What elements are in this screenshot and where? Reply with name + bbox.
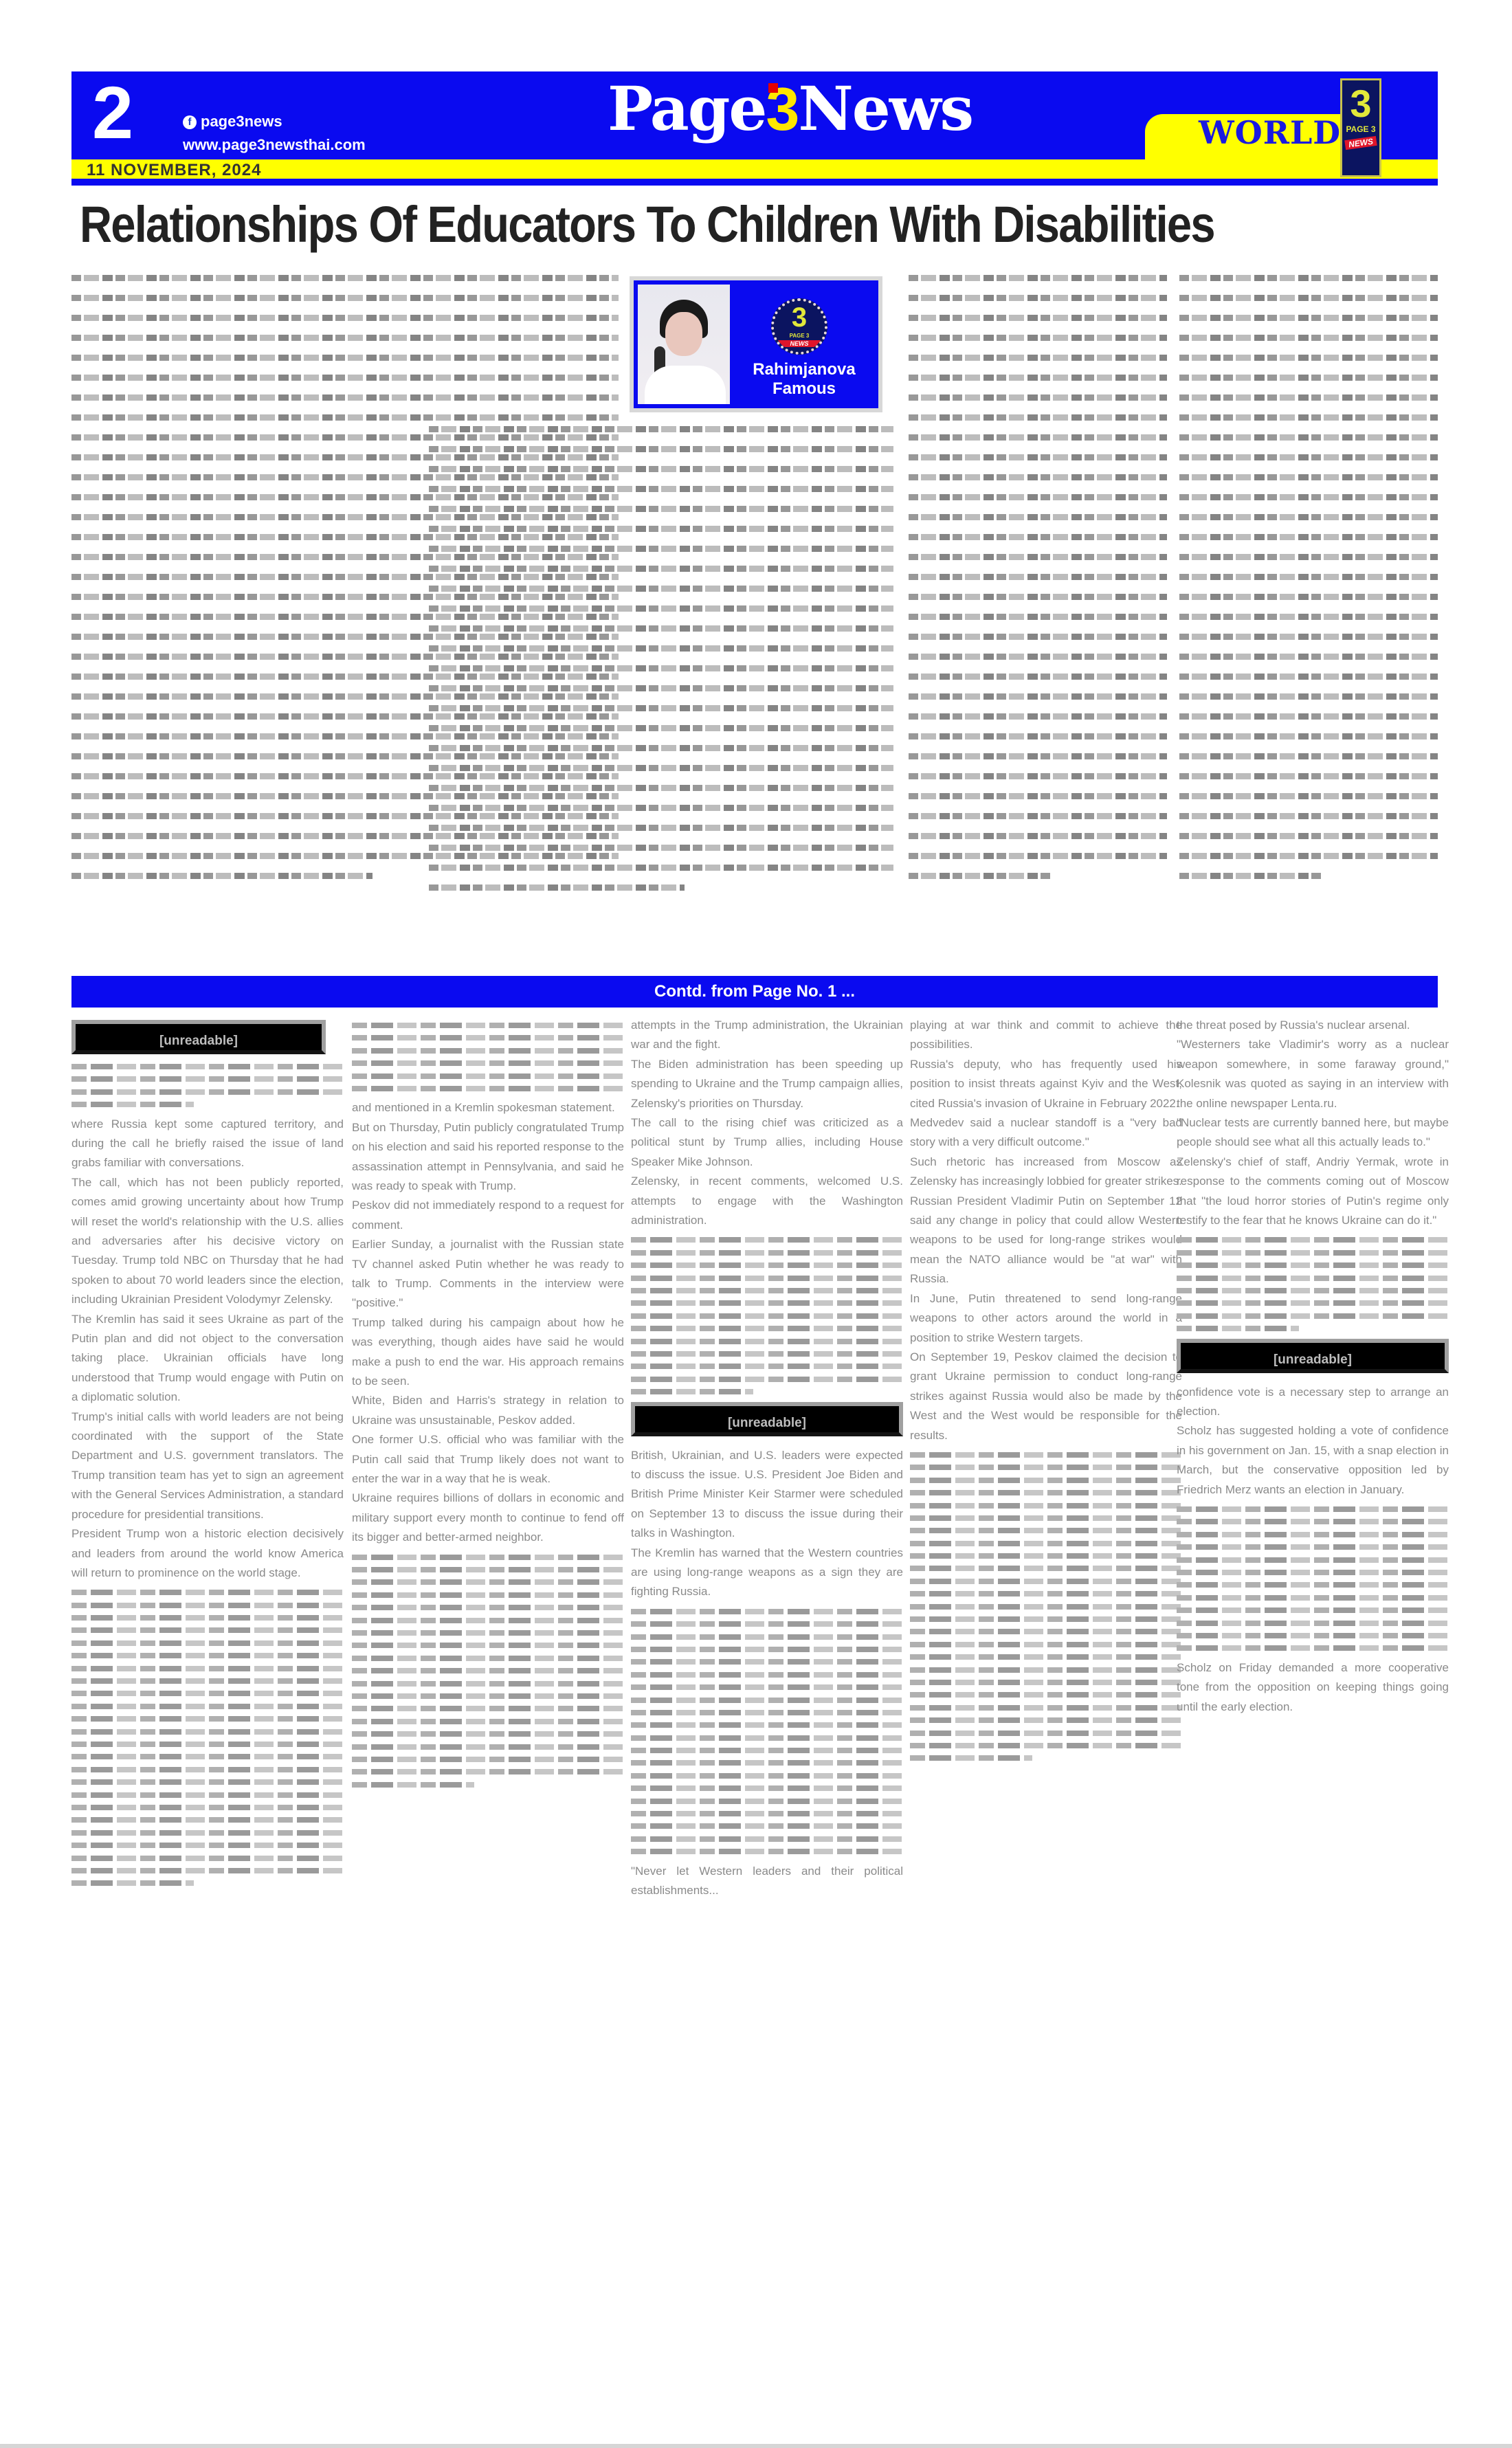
paragraph: The call, which has not been publicly re…: [71, 1173, 344, 1310]
paragraph: Trump talked during his campaign about h…: [352, 1313, 624, 1392]
author-photo: [638, 285, 730, 404]
logo-number: 3: [766, 75, 798, 143]
author-byline-box: 3 PAGE 3 NEWS Rahimjanova Famous: [630, 276, 882, 412]
continued-column-3: attempts in the Trump administration, th…: [631, 1016, 903, 1900]
paragraph: and mentioned in a Kremlin spokesman sta…: [352, 1098, 624, 1117]
facebook-icon: f: [183, 115, 197, 129]
article-column-center: [429, 426, 893, 904]
continued-column-1: [unreadable] where Russia kept some capt…: [71, 1016, 344, 1893]
continued-column-2: and mentioned in a Kremlin spokesman sta…: [352, 1016, 624, 1794]
paragraph: "Never let Western leaders and their pol…: [631, 1862, 903, 1901]
page3-seal-icon: 3 PAGE 3 NEWS: [771, 298, 827, 355]
paragraph: In June, Putin threatened to send long-r…: [910, 1289, 1182, 1348]
article-column-4: [1179, 275, 1438, 893]
paragraph: But on Thursday, Putin publicly congratu…: [352, 1118, 624, 1197]
paragraph: Scholz on Friday demanded a more coopera…: [1177, 1658, 1449, 1717]
paragraph: British, Ukrainian, and U.S. leaders wer…: [631, 1446, 903, 1544]
paragraph: President Trump won a historic election …: [71, 1524, 344, 1583]
masthead-bottom-rule: [71, 179, 1438, 186]
continued-column-4: playing at war think and commit to achie…: [910, 1016, 1182, 1768]
paragraph: The call to the rising chief was critici…: [631, 1113, 903, 1172]
subheading-box: [unreadable]: [71, 1020, 326, 1054]
paragraph: Such rhetoric has increased from Moscow …: [910, 1153, 1182, 1192]
section-label: WORLD: [1199, 114, 1341, 151]
continued-column-5: the threat posed by Russia's nuclear ars…: [1177, 1016, 1449, 1717]
newspaper-logo: Page3News: [608, 78, 972, 140]
paragraph: One former U.S. official who was familia…: [352, 1430, 624, 1489]
paragraph: Russian President Vladimir Putin on Sept…: [910, 1192, 1182, 1289]
paragraph: Trump's initial calls with world leaders…: [71, 1407, 344, 1524]
website-link[interactable]: www.page3newsthai.com: [183, 133, 366, 157]
paragraph: Zelensky's chief of staff, Andriy Yermak…: [1177, 1153, 1449, 1231]
paragraph: "Westerners take Vladimir's worry as a n…: [1177, 1035, 1449, 1113]
paragraph: playing at war think and commit to achie…: [910, 1016, 1182, 1055]
page-bottom-rule: [0, 2444, 1512, 2448]
paragraph: Scholz has suggested holding a vote of c…: [1177, 1421, 1449, 1500]
facebook-handle: page3news: [201, 113, 282, 130]
paragraph: Ukraine requires billions of dollars in …: [352, 1489, 624, 1547]
paragraph: On September 19, Peskov claimed the deci…: [910, 1348, 1182, 1445]
paragraph: Russia's deputy, who has frequently used…: [910, 1055, 1182, 1113]
paragraph: Peskov did not immediately respond to a …: [352, 1196, 624, 1235]
paragraph: The Kremlin has warned that the Western …: [631, 1544, 903, 1602]
author-name: Rahimjanova Famous: [737, 360, 871, 399]
issue-date: 11 NOVEMBER, 2024: [87, 161, 261, 180]
paragraph: where Russia kept some captured territor…: [71, 1115, 344, 1173]
paragraph: attempts in the Trump administration, th…: [631, 1016, 903, 1055]
facebook-link[interactable]: fpage3news: [183, 110, 366, 133]
article-column-3: [909, 275, 1167, 893]
paragraph: "Nuclear tests are currently banned here…: [1177, 1113, 1449, 1153]
paragraph: The Kremlin has said it sees Ukraine as …: [71, 1310, 344, 1407]
paragraph: confidence vote is a necessary step to a…: [1177, 1383, 1449, 1422]
page3-badge-icon: 3 PAGE 3 NEWS: [1340, 78, 1381, 177]
logo-text-right: News: [798, 73, 972, 144]
page-number: 2: [92, 76, 133, 150]
paragraph: Zelensky, in recent comments, welcomed U…: [631, 1172, 903, 1230]
subheading-box: [unreadable]: [1177, 1339, 1449, 1373]
paragraph: Earlier Sunday, a journalist with the Ru…: [352, 1235, 624, 1313]
logo-text-left: Page: [608, 73, 766, 144]
paragraph: Medvedev said a nuclear standoff is a "v…: [910, 1113, 1182, 1153]
paragraph: White, Biden and Harris's strategy in re…: [352, 1391, 624, 1430]
continued-section-bar: Contd. from Page No. 1 ...: [71, 976, 1438, 1008]
article-headline: Relationships Of Educators To Children W…: [80, 195, 1265, 254]
social-links: fpage3news www.page3newsthai.com: [183, 110, 366, 157]
subheading-box: [unreadable]: [631, 1402, 903, 1436]
masthead: 2 fpage3news www.page3newsthai.com 11 NO…: [71, 71, 1438, 186]
paragraph: The Biden administration has been speedi…: [631, 1055, 903, 1113]
paragraph: the threat posed by Russia's nuclear ars…: [1177, 1016, 1449, 1035]
